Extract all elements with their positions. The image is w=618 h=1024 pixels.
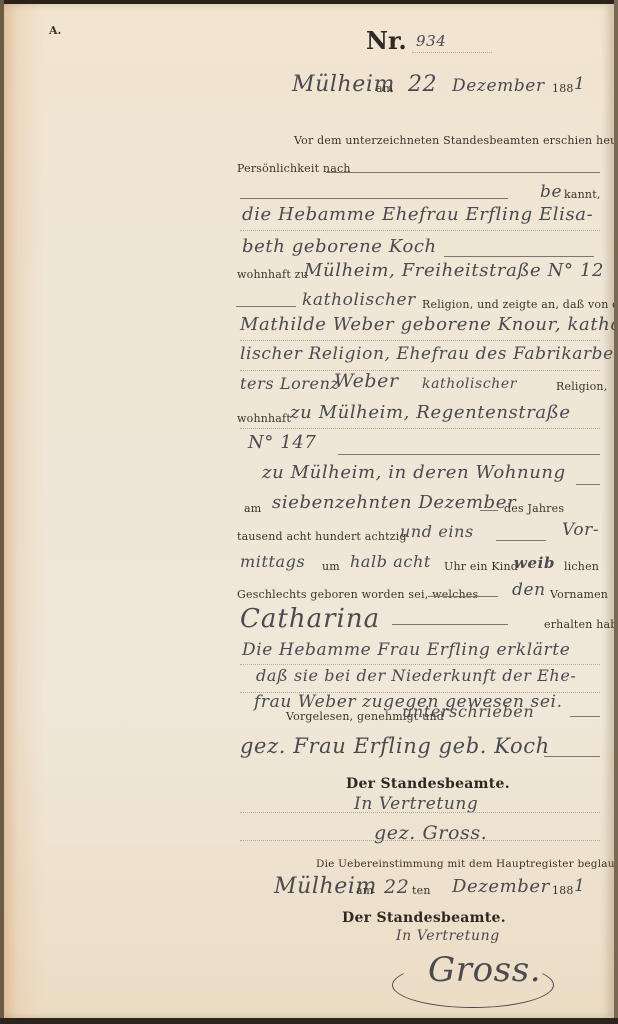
cert-year-suffix: 1 [574,876,585,896]
informant-signature: gez. Frau Erfling geb. Koch [240,734,550,758]
des-jahres-label: des Jahres [504,502,564,515]
lichen-label: lichen [564,560,599,573]
parents-address: zu Mülheim, Regentenstraße [290,402,571,423]
fill-rule [444,256,594,257]
informant-religion: katholischer [302,290,416,310]
erhalten-habe-label: erhalten habe. [544,618,618,631]
mother-religion-line: lischer Religion, Ehefrau des Fabrikarbe… [240,344,618,364]
fill-rule [480,510,498,511]
remark-line1: Die Hebamme Frau Erfling erklärte [242,640,570,660]
fill-rule [428,596,498,597]
cert-ten: ten [412,884,431,897]
cert-official-title: Der Standesbeamte. [342,910,506,926]
fill-rule [236,306,296,307]
cert-month: Dezember [452,876,550,897]
persoenlichkeit-label: Persönlichkeit nach [237,162,351,175]
vor-hand: Vor- [562,520,599,540]
entry-number-value: 934 [416,32,446,50]
dotted-rule [240,812,600,813]
register-page: A. Nr. 934 Mülheim am 22 Dezember 188 1 … [4,4,614,1018]
fill-rule [240,198,508,199]
cert-year-prefix: 188 [552,884,574,897]
year-hand: und eins [400,522,474,541]
header-year-prefix: 188 [552,82,574,95]
fill-rule [326,172,600,173]
geschlechts-label: Geschlechts geboren worden sei, welches [237,588,478,601]
dotted-rule [240,230,600,231]
unterschrieben-hand: unterschrieben [402,702,534,721]
number-rule [412,52,492,53]
fill-rule [570,716,600,717]
father-religion: katholischer [422,376,517,392]
uhr-kind-label: Uhr ein Kind [444,560,518,573]
father-line-a: ters Lorenz [240,374,340,393]
header-year-suffix: 1 [574,74,585,94]
entry-number-label: Nr. [366,26,407,55]
bekannt-hand: be [540,182,562,202]
page-right-edge [614,0,618,1024]
dotted-rule [240,370,600,371]
header-am: am [376,82,393,95]
header-day: 22 [408,72,437,97]
dotted-rule [240,340,600,341]
time-halb-acht: halb acht [350,552,431,571]
birth-place: zu Mülheim, in deren Wohnung [262,462,566,483]
dotted-rule [240,664,600,665]
year-print: tausend acht hundert achtzig [237,530,407,543]
fill-rule [576,484,600,485]
fill-rule [392,624,508,625]
fill-rule [496,540,546,541]
um-label: um [322,560,340,573]
official-in-vertretung: In Vertretung [354,794,478,814]
remark-line2: daß sie bei der Niederkunft der Ehe- [256,666,576,685]
mother-line: Mathilde Weber geborene Knour, katho- [240,314,618,335]
religion-label: Religion, [556,380,607,393]
intro-text: Vor dem unterzeichneten Standesbeamten e… [294,134,618,147]
wohnhaft-label: wohnhaft zu [237,268,308,281]
house-number: N° 147 [248,432,316,453]
sex-weib: weib [514,554,555,572]
dotted-rule [240,428,600,429]
header-month: Dezember [452,76,545,96]
cert-day: 22 [384,876,409,898]
informant-line1: die Hebamme Ehefrau Erfling Elisa- [242,204,593,225]
informant-line2: beth geborene Koch [242,236,437,257]
child-first-name: Catharina [240,604,380,634]
fill-rule [544,756,600,757]
official-title: Der Standesbeamte. [346,776,510,792]
page-bottom-edge [0,1018,618,1024]
religion-zeigte-an: Religion, und zeigte an, daß von der [422,298,618,311]
father-surname: Weber [334,370,399,392]
den-hand: den [512,580,546,600]
signature-flourish-icon [392,962,554,1008]
cert-in-vertretung: In Vertretung [396,928,500,944]
time-mittags: mittags [240,552,305,571]
fill-rule [338,454,600,455]
dotted-rule [240,840,600,841]
section-letter: A. [49,24,61,37]
wohnhaft-label-2: wohnhaft [237,412,291,425]
bekannt-print: kannt, [564,188,601,201]
cert-am: am [356,884,373,897]
informant-address: Mülheim, Freiheitstraße N° 12 [304,260,604,281]
certification-statement: Die Uebereinstimmung mit dem Hauptregist… [316,858,618,870]
am-label: am [244,502,261,515]
vornamen-label: Vornamen [550,588,608,601]
